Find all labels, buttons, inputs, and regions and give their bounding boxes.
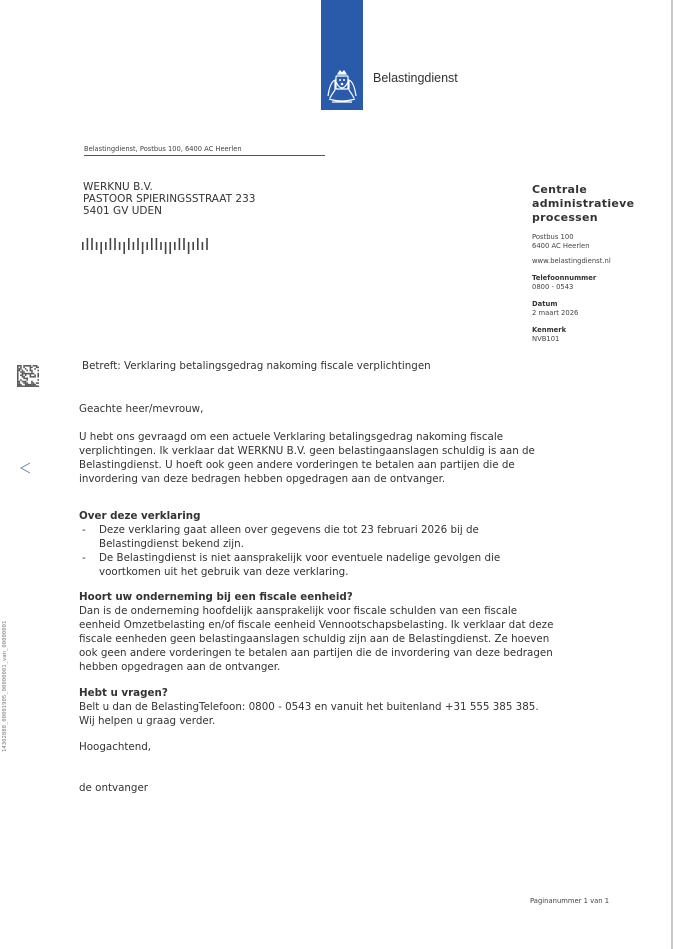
date-label: Datum	[532, 300, 662, 309]
section-text: Belt u dan de BelastingTelefoon: 0800 - …	[79, 700, 549, 728]
section-heading: Hoort uw onderneming bij een fiscale een…	[79, 590, 559, 604]
list-item: Deze verklaring gaat alleen over gegeven…	[79, 523, 549, 551]
list-item: De Belastingdienst is niet aansprakelijk…	[79, 551, 549, 579]
page-number: Paginanummer 1 van 1	[530, 897, 609, 905]
chevron-left-icon	[18, 460, 32, 476]
section-questions: Hebt u vragen? Belt u dan de BelastingTe…	[79, 686, 549, 728]
recipient-street: PASTOOR SPIERINGSSTRAAT 233	[83, 193, 255, 205]
recipient-city: 5401 GV UDEN	[83, 205, 255, 217]
website-link[interactable]: www.belastingdienst.nl	[532, 257, 662, 266]
recipient-address: WERKNU B.V. PASTOOR SPIERINGSSTRAAT 233 …	[83, 181, 255, 217]
sender-sidebar: Centrale administratieve processen Postb…	[532, 183, 662, 344]
section-heading: Over deze verklaring	[79, 509, 549, 523]
sender-postcode: 6400 AC Heerlen	[532, 242, 662, 251]
reference-label: Kenmerk	[532, 326, 662, 335]
postal-barcode	[82, 238, 217, 254]
datamatrix-code-icon	[17, 365, 39, 387]
reference-value: NVB101	[532, 335, 662, 344]
section-about-statement: Over deze verklaring Deze verklaring gaa…	[79, 509, 549, 579]
letter-closing: Hoogachtend,	[79, 740, 549, 754]
letter-paragraph-1: U hebt ons gevraagd om een actuele Verkl…	[79, 430, 539, 486]
return-address: Belastingdienst, Postbus 100, 6400 AC He…	[84, 145, 325, 156]
rijkswapen-emblem-icon	[324, 68, 360, 106]
document-side-code: 14302888_00001905_00000001_van_00000001	[2, 621, 8, 752]
phone-label: Telefoonnummer	[532, 274, 662, 283]
letter-signer: de ontvanger	[79, 781, 549, 795]
recipient-name: WERKNU B.V.	[83, 181, 255, 193]
section-heading: Hebt u vragen?	[79, 686, 549, 700]
phone-value: 0800 - 0543	[532, 283, 662, 292]
date-value: 2 maart 2026	[532, 309, 662, 318]
section-text: Dan is de onderneming hoofdelijk aanspra…	[79, 604, 559, 674]
letter-salutation: Geachte heer/mevrouw,	[79, 402, 549, 416]
section-fiscal-unit: Hoort uw onderneming bij een fiscale een…	[79, 590, 559, 674]
bullet-list: Deze verklaring gaat alleen over gegeven…	[79, 523, 549, 579]
organization-name: Belastingdienst	[373, 71, 458, 85]
department-name: Centrale administratieve processen	[532, 183, 662, 225]
letter-subject: Betreft: Verklaring betalingsgedrag nako…	[82, 359, 552, 373]
sender-postbus: Postbus 100	[532, 233, 662, 242]
